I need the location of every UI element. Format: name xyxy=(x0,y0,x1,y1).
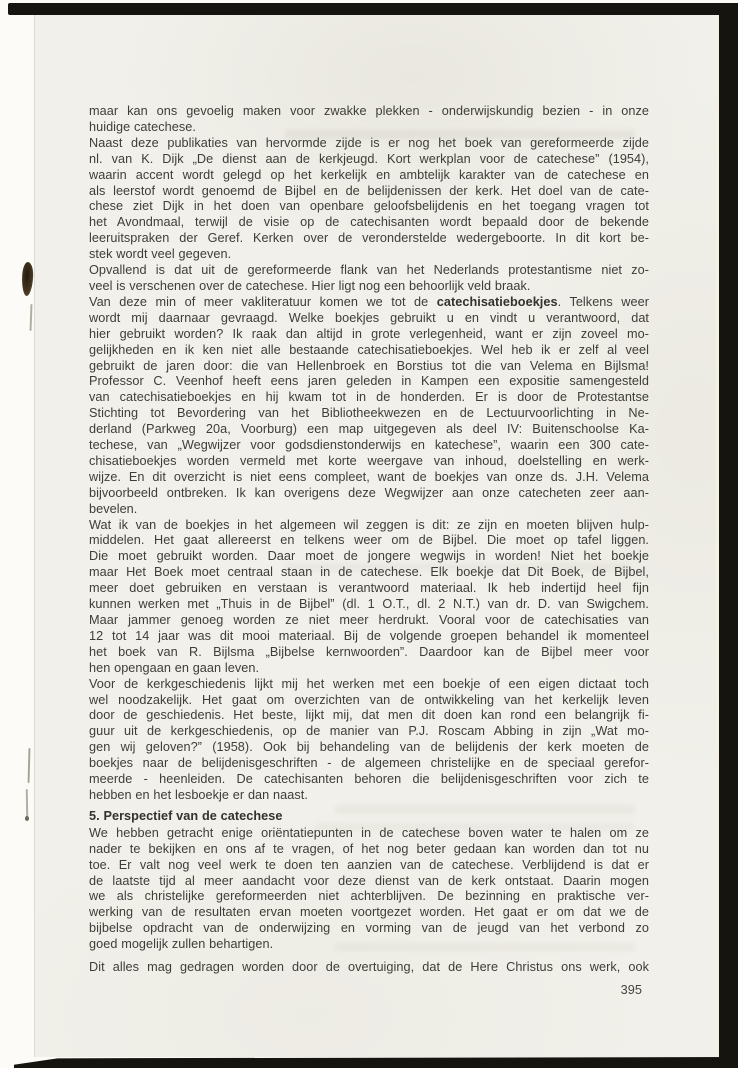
text-line: gebruikt de jaren door: die van Hellenbr… xyxy=(89,359,649,375)
margin-pen-dot xyxy=(25,816,29,821)
scanned-book-page: maar kan ons gevoelig maken voor zwakke … xyxy=(0,0,738,1068)
text-line: We hebben getracht enige oriëntatiepunte… xyxy=(89,826,649,842)
text-line: Naast deze publikaties van hervormde zij… xyxy=(89,136,649,152)
page-number: 395 xyxy=(89,983,649,999)
book-page: maar kan ons gevoelig maken voor zwakke … xyxy=(34,15,719,1057)
text-line: nader te bekijken en ons af te vragen, o… xyxy=(89,842,649,858)
text-line: Voor de kerkgeschiedenis lijkt mij het w… xyxy=(89,677,649,693)
text-line: guur uit de kerkgeschiedenis, op de mani… xyxy=(89,724,649,740)
text-line: Die moet gebruikt worden. Daar moet de j… xyxy=(89,549,649,565)
margin-pen-stroke xyxy=(30,304,33,331)
margin-pen-stroke xyxy=(26,789,29,818)
text-line: Maar jammer genoeg worden ze niet meer h… xyxy=(89,613,649,629)
text-line: meerde - heenleiden. De catechisanten be… xyxy=(89,772,649,788)
paragraph: Dit alles mag gedragen worden door de ov… xyxy=(89,960,649,976)
text-line: goed mogelijk zullen behartigen. xyxy=(89,937,649,953)
text-line: als leerstof wordt genoemd de Bijbel en … xyxy=(89,184,649,200)
text-line: wordt mij daarnaar gevraagd. Welke boekj… xyxy=(89,311,649,327)
text-line: huidige catechese. xyxy=(89,120,649,136)
paragraph: Voor de kerkgeschiedenis lijkt mij het w… xyxy=(89,677,649,804)
text-block: maar kan ons gevoelig maken voor zwakke … xyxy=(89,104,649,999)
text-line: gelijkheden en ik ken niet alle bestaand… xyxy=(89,343,649,359)
paragraph: Van deze min of meer vakliteratuur komen… xyxy=(89,295,649,518)
text-line: hebben en het lesboekje er dan naast. xyxy=(89,788,649,804)
text-line: de laatste tijd al meer aandacht voor de… xyxy=(89,874,649,890)
text-line: hen opengaan en gaan leven. xyxy=(89,661,649,677)
text-line: bijbelse opdracht van de onderwijzing en… xyxy=(89,921,649,937)
text-line: 12 tot 14 jaar was dit mooi materiaal. B… xyxy=(89,629,649,645)
text-line: veel is verschenen over de catechese. Hi… xyxy=(89,279,649,295)
text-line: maar Het Boek moet centraal staan in de … xyxy=(89,565,649,581)
text-line: Stichting tot Bevordering van het Biblio… xyxy=(89,406,649,422)
bold-term: catechisatieboekjes xyxy=(437,295,558,309)
text-line: techese, van „Wegwijzer voor godsdiensto… xyxy=(89,438,649,454)
text-line: chisatieboekjes worden vermeld met korte… xyxy=(89,454,649,470)
text-line: middelen. Het gaat allereerst en telkens… xyxy=(89,533,649,549)
text-line: Van deze min of meer vakliteratuur komen… xyxy=(89,295,649,311)
text-line: Dit alles mag gedragen worden door de ov… xyxy=(89,960,649,976)
text-line: gen wij geloven?” (1958). Ook bij behand… xyxy=(89,740,649,756)
text-line: maar kan ons gevoelig maken voor zwakke … xyxy=(89,104,649,120)
text-line: meer doet gebruiken en verstaan is veran… xyxy=(89,581,649,597)
text-line: we als christelijke gereformeerden niet … xyxy=(89,889,649,905)
text-line: toe. Er valt nog veel werk te doen ten a… xyxy=(89,858,649,874)
text-line: derland (Parkweg 20a, Voorburg) een map … xyxy=(89,422,649,438)
text-line: van catechisatieboekjes en hij kwam tot … xyxy=(89,390,649,406)
text-line: het boek van R. Bijlsma „Bijbelse kernwo… xyxy=(89,645,649,661)
margin-ink-blob xyxy=(21,262,34,297)
scan-border-bottom xyxy=(14,1057,738,1068)
text-line: hier gebruikt worden? Ik raak dan altijd… xyxy=(89,327,649,343)
text-line: chese ziet Dijk in het doen van openbare… xyxy=(89,199,649,215)
text-line: door de geschiedenis. Het beste, lijkt m… xyxy=(89,708,649,724)
scan-border-right xyxy=(719,3,738,1059)
text-line: wijze. En dit overzicht is niet eens com… xyxy=(89,470,649,486)
text-line: Professor C. Veenhof heeft eens jaren ge… xyxy=(89,374,649,390)
text-line: bevelen. xyxy=(89,502,649,518)
paragraph: We hebben getracht enige oriëntatiepunte… xyxy=(89,826,649,953)
text-line: Wat ik van de boekjes in het algemeen wi… xyxy=(89,518,649,534)
paragraph: Wat ik van de boekjes in het algemeen wi… xyxy=(89,518,649,677)
text-line: leeruitspraken der Geref. Kerken over de… xyxy=(89,231,649,247)
paragraph: Naast deze publikaties van hervormde zij… xyxy=(89,136,649,263)
text-line: Opvallend is dat uit de gereformeerde fl… xyxy=(89,263,649,279)
paragraph: Opvallend is dat uit de gereformeerde fl… xyxy=(89,263,649,295)
text-line: stek wordt veel gegeven. xyxy=(89,247,649,263)
margin-pen-stroke xyxy=(28,748,31,783)
text-line: waarin accent wordt gelegd op het kerkel… xyxy=(89,168,649,184)
text-line: het Avondmaal, terwijl de visie op de ca… xyxy=(89,215,649,231)
section-heading: 5. Perspectief van de catechese xyxy=(89,809,649,825)
text-line: nl. van K. Dijk „De dienst aan de kerkje… xyxy=(89,152,649,168)
scan-border-top xyxy=(8,3,738,15)
text-line: boekjes naar de belijdenisgeschriften - … xyxy=(89,756,649,772)
paragraph: maar kan ons gevoelig maken voor zwakke … xyxy=(89,104,649,136)
text-line: wel noodzakelijk. Het gaat om overzichte… xyxy=(89,693,649,709)
text-line: bijvoorbeeld ontbreken. Ik kan overigens… xyxy=(89,486,649,502)
text-line: kunnen werken met „Thuis in de Bijbel” (… xyxy=(89,597,649,613)
text-line: werking van de resultaten ervan moeten v… xyxy=(89,905,649,921)
